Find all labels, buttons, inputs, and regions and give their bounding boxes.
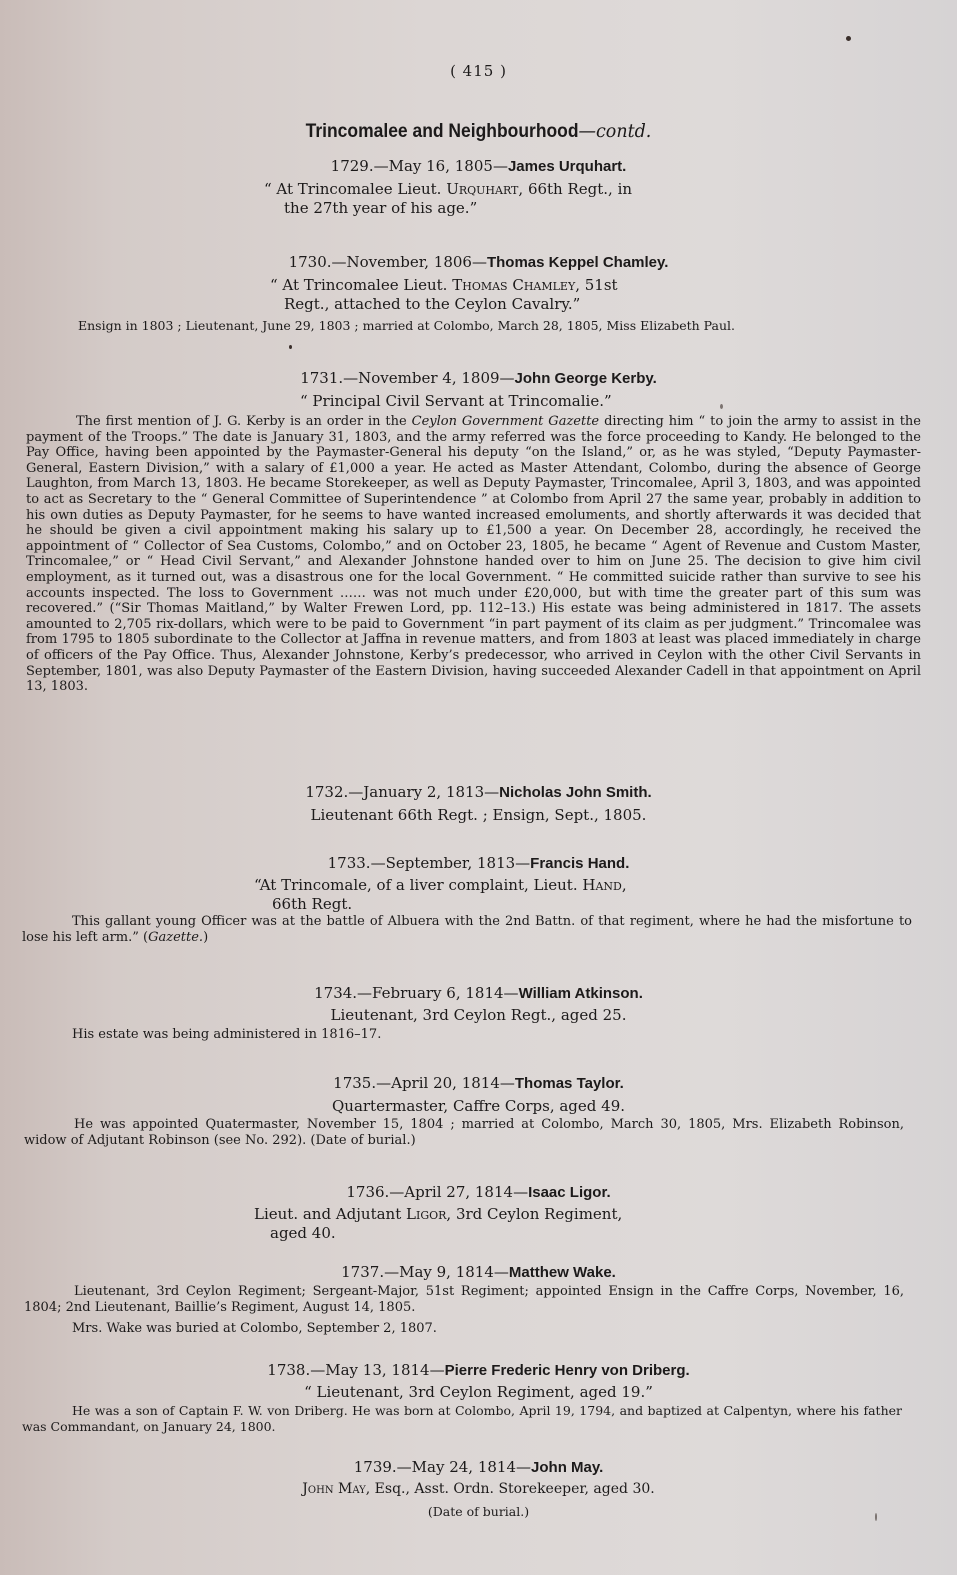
entry-heading: 1731.—November 4, 1809—John George Kerby… <box>0 369 957 387</box>
entry-quote: “ Lieutenant, 3rd Ceylon Regiment, aged … <box>0 1383 957 1402</box>
entry-note: His estate was being administered in 181… <box>72 1027 872 1043</box>
entry-heading: 1729.—May 16, 1805—James Urquhart. <box>0 157 957 175</box>
entry-heading: 1735.—April 20, 1814—Thomas Taylor. <box>0 1074 957 1092</box>
entry-quote: Lieut. and Adjutant Ligor, 3rd Ceylon Re… <box>254 1205 622 1243</box>
small-caps-name: Ligor <box>406 1205 446 1223</box>
entry-heading: 1730.—November, 1806—Thomas Keppel Chaml… <box>0 253 957 271</box>
entry-quote: “ At Trincomalee Lieut. Thomas Chamley, … <box>270 276 618 314</box>
entry-note: This gallant young Officer was at the ba… <box>22 914 912 945</box>
entry-heading: 1734.—February 6, 1814—William Atkinson. <box>0 984 957 1002</box>
italic-reference: Gazette. <box>148 930 203 945</box>
entry-heading: 1739.—May 24, 1814—John May. <box>0 1458 957 1476</box>
paper-spot <box>720 404 723 409</box>
paper-spot <box>289 345 292 349</box>
entry-note: He was a son of Captain F. W. von Driber… <box>22 1403 902 1434</box>
small-caps-name: John May <box>302 1481 365 1497</box>
entry-heading: 1737.—May 9, 1814—Matthew Wake. <box>0 1263 957 1281</box>
entry-quote: “At Trincomale, of a liver complaint, Li… <box>254 876 627 914</box>
entry-note: Lieutenant, 3rd Ceylon Regiment; Sergean… <box>24 1284 904 1315</box>
entry-heading: 1733.—September, 1813—Francis Hand. <box>0 854 957 872</box>
entry-note: Ensign in 1803 ; Lieutenant, June 29, 18… <box>78 318 878 334</box>
paper-spot <box>846 36 851 41</box>
entry-quote: Lieutenant 66th Regt. ; Ensign, Sept., 1… <box>0 806 957 825</box>
section-title-suffix: —contd. <box>579 120 652 142</box>
page-number: ( 415 ) <box>0 62 957 80</box>
entry-quote: “ At Trincomalee Lieut. Urquhart, 66th R… <box>264 180 632 218</box>
entry-heading: 1732.—January 2, 1813—Nicholas John Smit… <box>0 783 957 801</box>
burial-note: (Date of burial.) <box>0 1502 957 1521</box>
entry-note: He was appointed Quatermaster, November … <box>24 1117 904 1148</box>
entry-quote: Quartermaster, Caffre Corps, aged 49. <box>0 1097 957 1116</box>
section-title: Trincomalee and Neighbourhood—contd. <box>38 120 918 143</box>
small-caps-name: Hand <box>582 876 621 894</box>
entry-quote: John May, Esq., Asst. Ordn. Storekeeper,… <box>0 1480 957 1499</box>
small-caps-name: Thomas Chamley <box>452 276 575 294</box>
book-page: ( 415 ) Trincomalee and Neighbourhood—co… <box>0 0 957 1575</box>
entry-heading: 1738.—May 13, 1814—Pierre Frederic Henry… <box>0 1361 957 1379</box>
small-caps-name: Urquhart <box>446 180 518 198</box>
italic-reference: Ceylon Government Gazette <box>412 414 599 429</box>
entry-quote: “ Principal Civil Servant at Trincomalie… <box>300 392 612 411</box>
paper-spot <box>875 1513 877 1521</box>
entry-heading: 1736.—April 27, 1814—Isaac Ligor. <box>0 1183 957 1201</box>
entry-note: The first mention of J. G. Kerby is an o… <box>26 414 921 695</box>
entry-quote: Lieutenant, 3rd Ceylon Regt., aged 25. <box>0 1006 957 1025</box>
entry-note: Mrs. Wake was buried at Colombo, Septemb… <box>72 1321 872 1337</box>
